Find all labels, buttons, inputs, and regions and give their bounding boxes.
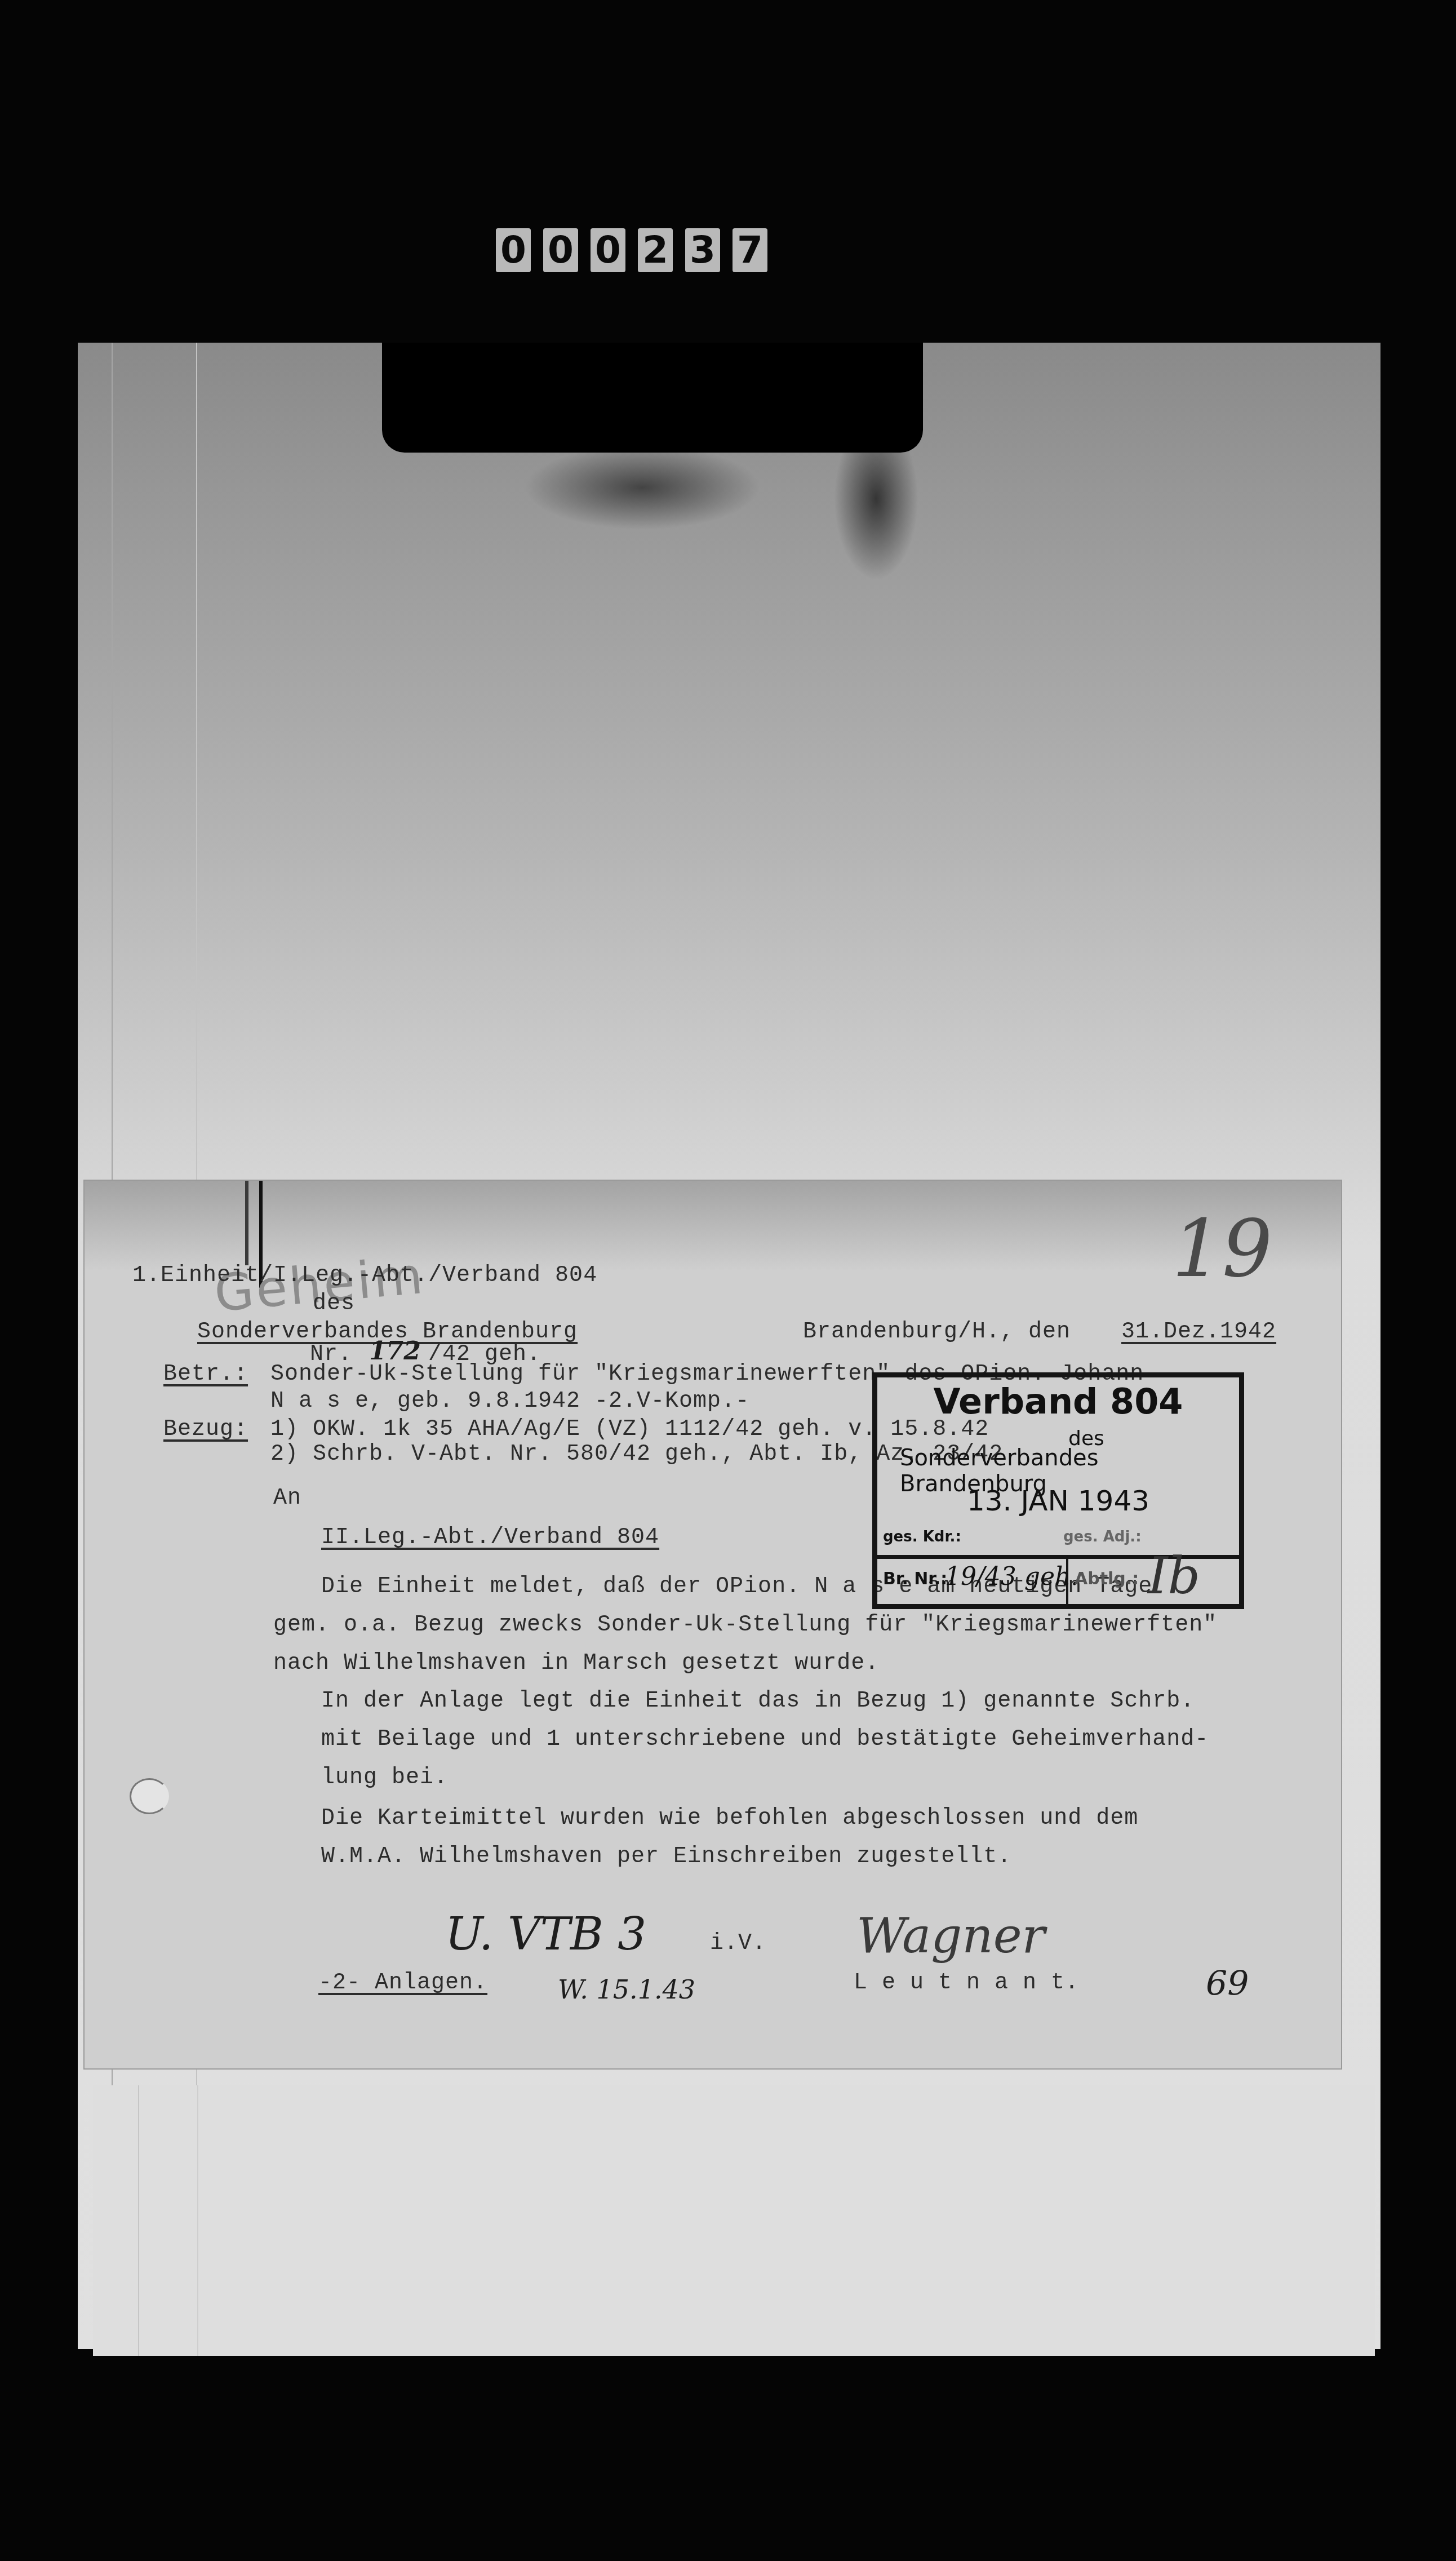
handwritten-number: 69 <box>1206 1964 1249 2004</box>
recipient-name: II.Leg.-Abt./Verband 804 <box>321 1525 659 1552</box>
stamp-kdr-label: ges. Kdr.: <box>883 1528 961 1545</box>
counter-digit: 3 <box>685 228 720 272</box>
paper-shading <box>85 1181 1341 1271</box>
place: Brandenburg/H., den <box>803 1319 1071 1346</box>
handwritten-note: U. VTB 3 <box>445 1908 646 1960</box>
stamp-title: Verband 804 <box>877 1381 1239 1422</box>
frame-counter: 0 0 0 2 3 7 <box>496 228 767 272</box>
handwritten-date: W. 15.1.43 <box>558 1974 695 2005</box>
letter-document: Geheim 19 1.Einheit/I.Leg.-Abt./Verband … <box>85 1181 1341 2068</box>
sender-line-1: 1.Einheit/I.Leg.-Abt./Verband 804 <box>132 1262 597 1290</box>
receipt-stamp: Verband 804 des Sonderverbandes Brandenb… <box>872 1372 1244 1609</box>
margin-line <box>138 2085 139 2356</box>
body-line: nach Wilhelmshaven in Marsch gesetzt wur… <box>273 1650 879 1677</box>
paper-fold <box>245 1181 248 1265</box>
sender-line-2: des <box>313 1291 355 1318</box>
subject-line-2: N a s e, geb. 9.8.1942 -2.V-Komp.- <box>270 1388 749 1415</box>
stamp-br-nr-label: Br. Nr.: <box>883 1569 947 1589</box>
reference-label: Bezug: <box>163 1416 248 1443</box>
punch-hole <box>130 1778 169 1814</box>
rank: L e u t n a n t. <box>854 1970 1079 1997</box>
body-line: W.M.A. Wilhelmshaven per Einschreiben zu… <box>321 1844 1011 1871</box>
body-line: lung bei. <box>321 1765 448 1792</box>
blank-bottom-sheet <box>93 2085 1375 2356</box>
signature: Wagner <box>856 1908 1045 1964</box>
signature-prefix: i.V. <box>710 1930 766 1957</box>
binder-clip <box>382 343 923 453</box>
stamp-br-nr-value: 19/43 geh. <box>945 1562 1078 1591</box>
clip-shadow <box>524 445 761 530</box>
body-line: Die Karteimittel wurden wie befohlen abg… <box>321 1805 1138 1832</box>
counter-digit: 7 <box>733 228 767 272</box>
margin-line <box>197 2085 198 2356</box>
body-line: mit Beilage und 1 unterschriebene und be… <box>321 1726 1209 1753</box>
subject-label: Betr.: <box>163 1361 248 1388</box>
page-number-handwritten: 19 <box>1172 1203 1272 1295</box>
body-line: In der Anlage legt die Einheit das in Be… <box>321 1688 1195 1715</box>
date: 31.Dez.1942 <box>1121 1319 1276 1346</box>
counter-digit: 0 <box>543 228 578 272</box>
counter-digit: 0 <box>591 228 625 272</box>
counter-digit: 2 <box>638 228 673 272</box>
recipient-label: An <box>273 1485 301 1512</box>
counter-digit: 0 <box>496 228 531 272</box>
body-line: gem. o.a. Bezug zwecks Sonder-Uk-Stellun… <box>273 1612 1217 1639</box>
enclosures: -2- Anlagen. <box>318 1970 487 1997</box>
stamp-date: 13. JAN 1943 <box>877 1485 1239 1517</box>
stamp-adj-label: ges. Adj.: <box>1063 1528 1142 1545</box>
stamp-abtlg-label: Abtlg.: <box>1075 1569 1139 1589</box>
stamp-abtlg-value: Ib <box>1148 1547 1200 1606</box>
